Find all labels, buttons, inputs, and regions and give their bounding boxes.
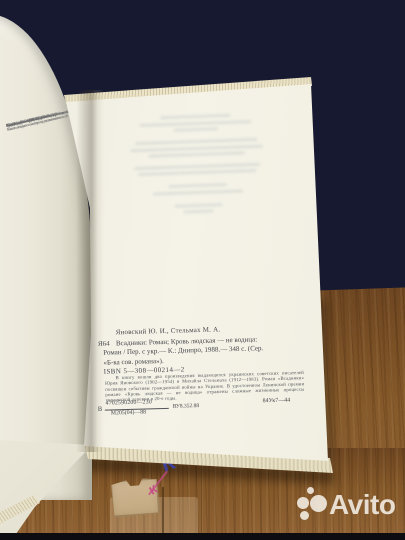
imprint-text-block: Яновский Ю. И., Стельмах М. А. Я64 Всадн… — [0, 0, 405, 540]
code-prefix: В — [98, 406, 103, 413]
code-numerator: 4702590200—230 — [106, 399, 152, 406]
avito-dots-icon — [300, 511, 309, 520]
avito-watermark: Avito — [293, 483, 405, 533]
bottom-black-strip — [0, 533, 405, 540]
avito-brand-text: Avito — [329, 491, 395, 519]
avito-dots-icon — [310, 495, 327, 512]
bbk-code: 84Ук7—44 — [263, 397, 291, 404]
avito-dots-icon — [307, 487, 314, 494]
author-sign: Я64 — [98, 340, 110, 348]
avito-dots-icon — [297, 497, 309, 509]
authors-line: Яновский Ю. И., Стельмах М. А. — [116, 325, 221, 336]
book-photo-scene: К к ИБ № 4335 Сдано в набор 29.07.87. По… — [0, 0, 405, 540]
code-suffix: ВУ8.352.88 — [173, 403, 200, 410]
code-denominator: М205(04)—88 — [111, 409, 146, 416]
